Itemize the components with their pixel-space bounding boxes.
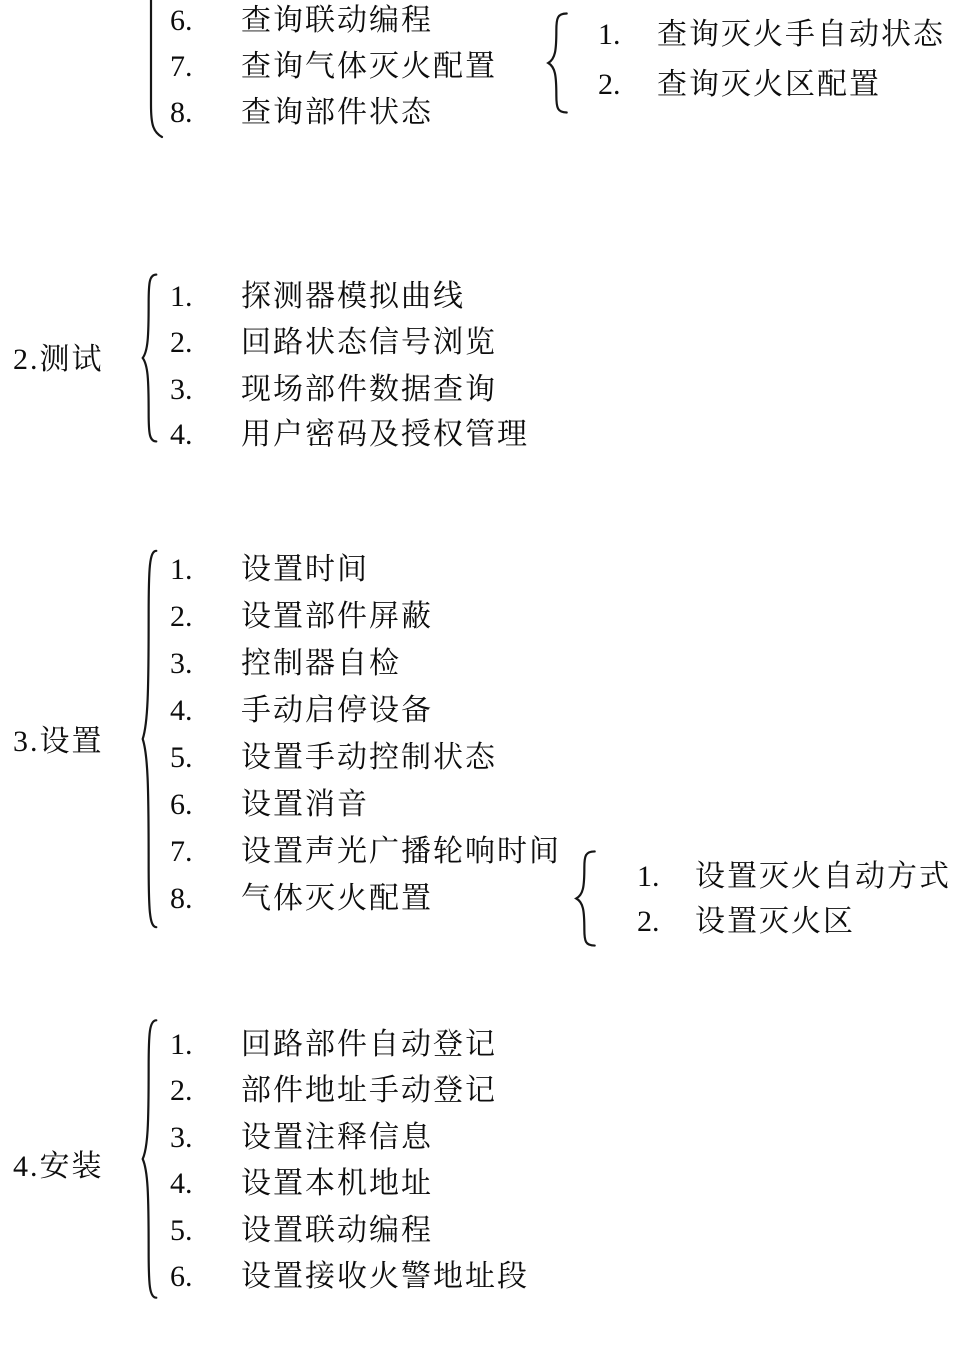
item-text: 设置消音 [241, 786, 369, 824]
item-number: 1. [170, 551, 241, 589]
item-text: 回路状态信号浏览 [241, 324, 497, 362]
item-number: 1. [598, 16, 657, 54]
item-text: 查询灭火手自动状态 [657, 16, 945, 54]
item-text: 设置声光广播轮响时间 [241, 833, 561, 871]
item-number: 7. [170, 833, 241, 871]
item-number: 2. [170, 324, 241, 362]
item-text: 设置接收火警地址段 [241, 1258, 529, 1296]
item-text: 查询灭火区配置 [657, 66, 881, 104]
menu-item-row: 4. 手动启停设备 [170, 692, 433, 730]
item-text: 设置联动编程 [241, 1212, 433, 1250]
menu-item-row: 3. 设置注释信息 [170, 1119, 433, 1157]
menu-item-row: 2. 设置灭火区 [637, 903, 855, 941]
item-number: 2. [598, 66, 657, 104]
item-text: 用户密码及授权管理 [241, 416, 529, 454]
menu-item-row: 7. 查询气体灭火配置 [170, 48, 497, 86]
item-text: 设置灭火区 [695, 903, 855, 941]
menu-item-row: 5. 设置联动编程 [170, 1212, 433, 1250]
item-number: 4. [170, 1165, 241, 1203]
item-number: 1. [637, 858, 695, 896]
item-number: 4. [170, 416, 241, 454]
item-text: 设置时间 [241, 551, 369, 589]
left-brace-settings [141, 545, 158, 933]
item-number: 7. [170, 48, 241, 86]
item-number: 1. [170, 1026, 241, 1064]
item-text: 查询联动编程 [241, 2, 433, 40]
menu-item-row: 2. 查询灭火区配置 [598, 66, 881, 104]
item-number: 6. [170, 1258, 241, 1296]
item-text: 设置注释信息 [241, 1119, 433, 1157]
item-number: 1. [170, 278, 241, 316]
item-text: 控制器自检 [241, 645, 401, 683]
item-number: 5. [170, 739, 241, 777]
left-brace-partial-bottom [143, 0, 163, 138]
menu-item-row: 6. 设置接收火警地址段 [170, 1258, 529, 1296]
item-number: 3. [170, 1119, 241, 1157]
item-text: 设置手动控制状态 [241, 739, 497, 777]
section-label-install: 4.安装 [13, 1148, 104, 1186]
item-number: 2. [170, 598, 241, 636]
item-number: 8. [170, 880, 241, 918]
item-text: 气体灭火配置 [241, 880, 433, 918]
left-brace-sub [546, 12, 569, 114]
item-text: 回路部件自动登记 [241, 1026, 497, 1064]
menu-item-row: 8. 气体灭火配置 [170, 880, 433, 918]
menu-item-row: 2. 回路状态信号浏览 [170, 324, 497, 362]
item-number: 3. [170, 371, 241, 409]
item-number: 2. [637, 903, 695, 941]
menu-item-row: 1. 查询灭火手自动状态 [598, 16, 945, 54]
item-number: 8. [170, 94, 241, 132]
menu-item-row: 2. 设置部件屏蔽 [170, 598, 433, 636]
menu-item-row: 1. 回路部件自动登记 [170, 1026, 497, 1064]
item-number: 5. [170, 1212, 241, 1250]
menu-item-row: 1. 探测器模拟曲线 [170, 278, 465, 316]
item-text: 现场部件数据查询 [241, 371, 497, 409]
menu-item-row: 6. 查询联动编程 [170, 2, 433, 40]
menu-item-row: 5. 设置手动控制状态 [170, 739, 497, 777]
item-text: 探测器模拟曲线 [241, 278, 465, 316]
left-brace-install [141, 1016, 158, 1302]
left-brace-test [141, 272, 158, 444]
menu-tree-diagram: 6. 查询联动编程 7. 查询气体灭火配置 8. 查询部件状态 1. 查询灭火手… [0, 0, 960, 1350]
item-text: 查询部件状态 [241, 94, 433, 132]
section-label-settings: 3.设置 [13, 723, 104, 761]
item-number: 6. [170, 2, 241, 40]
item-text: 设置本机地址 [241, 1165, 433, 1203]
menu-item-row: 1. 设置时间 [170, 551, 369, 589]
item-number: 6. [170, 786, 241, 824]
menu-item-row: 4. 用户密码及授权管理 [170, 416, 529, 454]
item-text: 设置灭火自动方式 [695, 858, 951, 896]
menu-item-row: 3. 现场部件数据查询 [170, 371, 497, 409]
item-number: 2. [170, 1072, 241, 1110]
menu-item-row: 6. 设置消音 [170, 786, 369, 824]
item-text: 查询气体灭火配置 [241, 48, 497, 86]
menu-item-row: 4. 设置本机地址 [170, 1165, 433, 1203]
left-brace-sub [574, 850, 597, 947]
item-number: 3. [170, 645, 241, 683]
menu-item-row: 2. 部件地址手动登记 [170, 1072, 497, 1110]
menu-item-row: 1. 设置灭火自动方式 [637, 858, 951, 896]
item-number: 4. [170, 692, 241, 730]
menu-item-row: 7. 设置声光广播轮响时间 [170, 833, 561, 871]
item-text: 部件地址手动登记 [241, 1072, 497, 1110]
item-text: 手动启停设备 [241, 692, 433, 730]
menu-item-row: 8. 查询部件状态 [170, 94, 433, 132]
section-label-test: 2.测试 [13, 341, 104, 379]
menu-item-row: 3. 控制器自检 [170, 645, 401, 683]
item-text: 设置部件屏蔽 [241, 598, 433, 636]
